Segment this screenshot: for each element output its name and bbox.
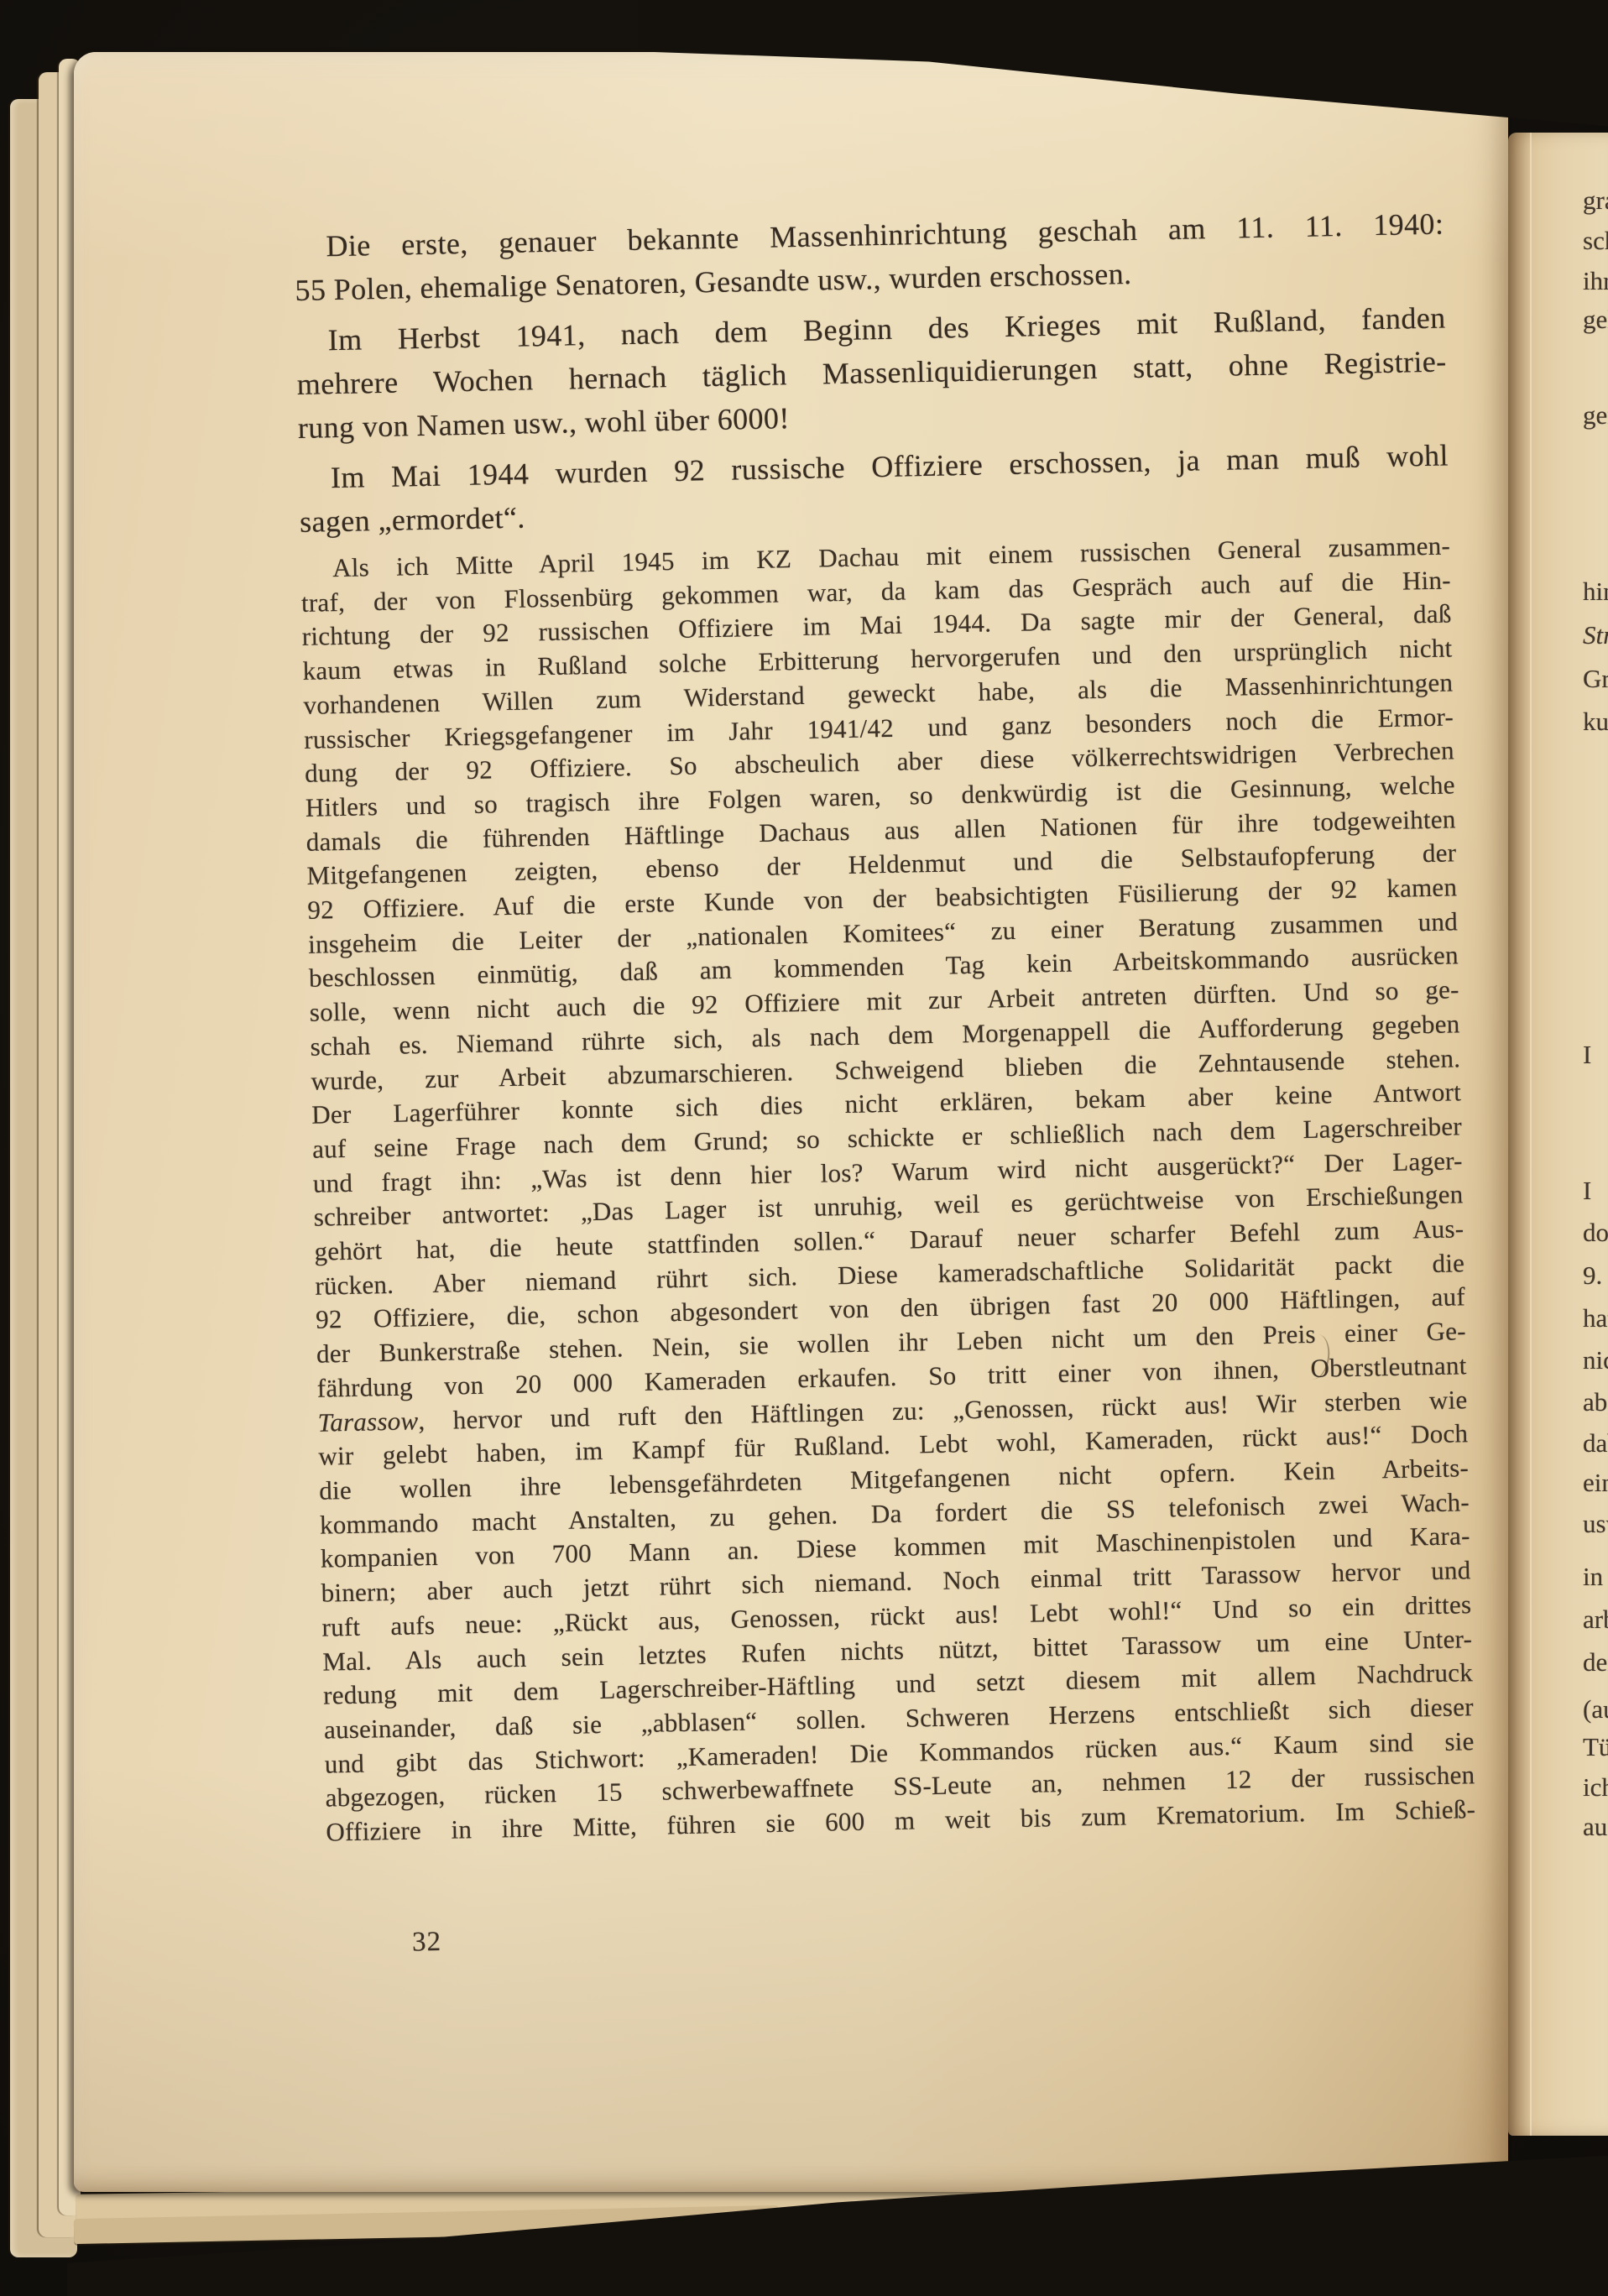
facing-page-text-fragment: in d: [1583, 1563, 1608, 1591]
facing-page-text-fragment: gra: [1583, 186, 1608, 215]
facing-page-text-fragment: hat: [1583, 1304, 1608, 1333]
facing-page-text-fragment: (auf: [1583, 1695, 1608, 1724]
facing-page-text-fragment: Str: [1583, 621, 1608, 650]
facing-page-text-fragment: abg: [1583, 1388, 1608, 1417]
italic-name: Tarassow: [317, 1406, 418, 1437]
facing-page-text-fragment: Tür: [1583, 1733, 1608, 1761]
facing-page-text-fragment: hin: [1583, 577, 1608, 606]
facing-page-text-fragment: 9. I: [1583, 1261, 1608, 1290]
facing-page-text-fragment: arb: [1583, 1605, 1608, 1634]
paragraph: Im Herbst 1941, nach dem Beginn des Krie…: [295, 295, 1448, 449]
facing-page-text-fragment: dab: [1583, 1429, 1608, 1458]
facing-page-text-fragment: I: [1583, 1177, 1591, 1205]
facing-page-text-fragment: gel: [1583, 305, 1608, 334]
facing-page-text-fragment: I: [1583, 1041, 1591, 1069]
text-block: Die erste, genauer bekannte Massenhinric…: [294, 202, 1478, 1960]
facing-page-text-fragment: doc: [1583, 1218, 1608, 1247]
facing-page-text-fragment: ger: [1583, 401, 1608, 430]
facing-page-text-fragment: ihr: [1583, 267, 1608, 295]
facing-page-text-fragment: Gr: [1583, 665, 1608, 693]
paragraph: Im Mai 1944 wurden 92 russische Offizier…: [299, 433, 1450, 543]
facing-page-text-fragment: kur: [1583, 707, 1608, 736]
facing-page-text-fragment: usw: [1583, 1510, 1608, 1538]
facing-page-text-fragment: den: [1583, 1648, 1608, 1677]
facing-page-text-fragment: sch: [1583, 227, 1608, 255]
facing-page-text-fragment: nich: [1583, 1346, 1608, 1375]
facing-page-text-fragment: eine: [1583, 1469, 1608, 1497]
facing-page-text-fragment: auf: [1583, 1813, 1608, 1841]
facing-page-text-fragment: ich: [1583, 1773, 1608, 1802]
paragraph: Als ich Mitte April 1945 im KZ Dachau mi…: [300, 529, 1476, 1850]
